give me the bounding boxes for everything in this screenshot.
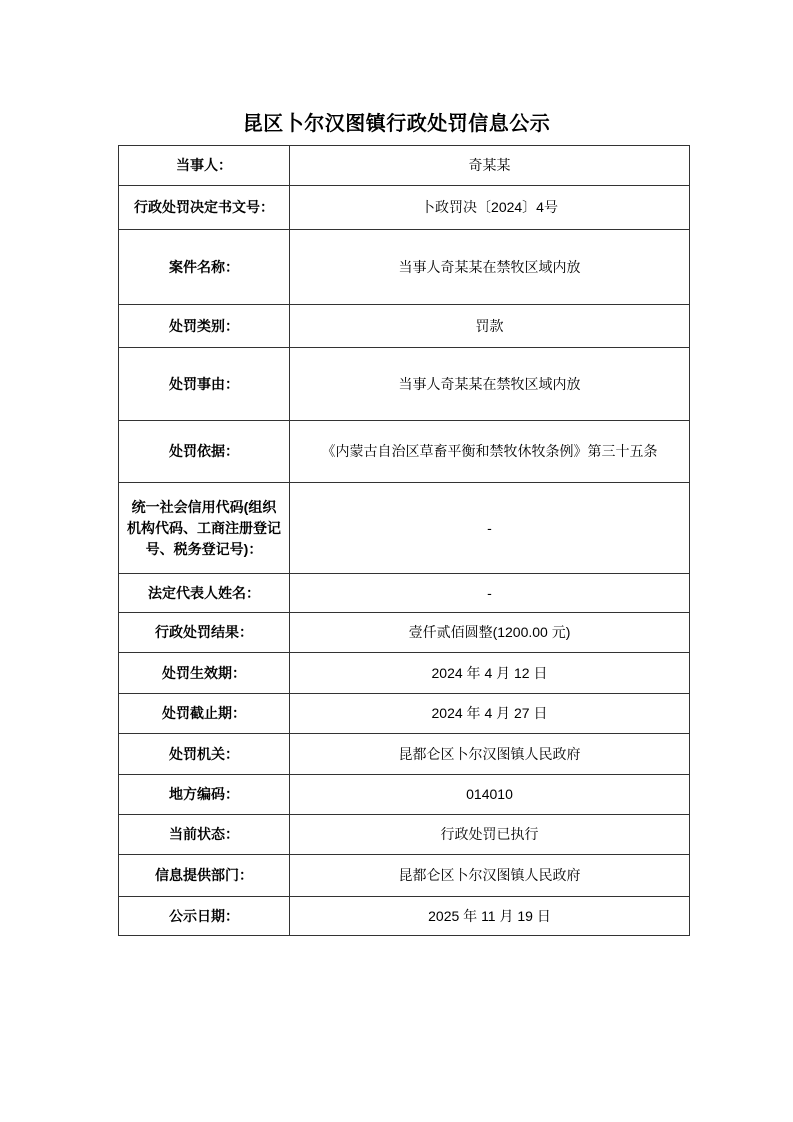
row-label: 处罚机关： xyxy=(119,734,290,775)
row-label: 地方编码： xyxy=(119,775,290,815)
row-label: 当事人： xyxy=(119,146,290,186)
row-label: 法定代表人姓名： xyxy=(119,574,290,613)
table-row-case-name: 案件名称： 当事人奇某某在禁牧区域内放 xyxy=(119,230,690,305)
table-row-penalty-result: 行政处罚结果： 壹仟贰佰圆整(1200.00 元) xyxy=(119,613,690,653)
table-row-penalty-reason: 处罚事由： 当事人奇某某在禁牧区域内放 xyxy=(119,348,690,421)
row-label: 处罚依据： xyxy=(119,421,290,483)
row-value: 2025 年 11 月 19 日 xyxy=(290,897,690,936)
row-label: 处罚类别： xyxy=(119,305,290,348)
row-value: - xyxy=(290,574,690,613)
table-row-credit-code: 统一社会信用代码(组织机构代码、工商注册登记号、税务登记号)： - xyxy=(119,483,690,574)
row-value: 卜政罚决〔2024〕4号 xyxy=(290,186,690,230)
table-row-current-status: 当前状态： 行政处罚已执行 xyxy=(119,815,690,855)
row-value: 行政处罚已执行 xyxy=(290,815,690,855)
table-row-publicity-date: 公示日期： 2025 年 11 月 19 日 xyxy=(119,897,690,936)
table-row-local-code: 地方编码： 014010 xyxy=(119,775,690,815)
row-label: 处罚事由： xyxy=(119,348,290,421)
row-label: 行政处罚结果： xyxy=(119,613,290,653)
row-label: 案件名称： xyxy=(119,230,290,305)
table-row-deadline-date: 处罚截止期： 2024 年 4 月 27 日 xyxy=(119,694,690,734)
row-value: 2024 年 4 月 27 日 xyxy=(290,694,690,734)
row-value: 当事人奇某某在禁牧区域内放 xyxy=(290,348,690,421)
row-value: 昆都仑区卜尔汉图镇人民政府 xyxy=(290,734,690,775)
row-value: 奇某某 xyxy=(290,146,690,186)
row-label: 行政处罚决定书文号： xyxy=(119,186,290,230)
penalty-info-table: 当事人： 奇某某 行政处罚决定书文号： 卜政罚决〔2024〕4号 案件名称： 当… xyxy=(118,145,690,936)
page-title: 昆区卜尔汉图镇行政处罚信息公示 xyxy=(0,109,793,139)
row-label: 处罚截止期： xyxy=(119,694,290,734)
table-row-legal-representative: 法定代表人姓名： - xyxy=(119,574,690,613)
document-page: 昆区卜尔汉图镇行政处罚信息公示 当事人： 奇某某 行政处罚决定书文号： 卜政罚决… xyxy=(0,0,793,1122)
row-value: 当事人奇某某在禁牧区域内放 xyxy=(290,230,690,305)
row-value: 014010 xyxy=(290,775,690,815)
row-value: 《内蒙古自治区草畜平衡和禁牧休牧条例》第三十五条 xyxy=(290,421,690,483)
row-label: 当前状态： xyxy=(119,815,290,855)
row-label: 信息提供部门： xyxy=(119,855,290,897)
table-row-effective-date: 处罚生效期： 2024 年 4 月 12 日 xyxy=(119,653,690,694)
row-value: 昆都仑区卜尔汉图镇人民政府 xyxy=(290,855,690,897)
row-label: 公示日期： xyxy=(119,897,290,936)
row-value: 罚款 xyxy=(290,305,690,348)
table-row-penalty-basis: 处罚依据： 《内蒙古自治区草畜平衡和禁牧休牧条例》第三十五条 xyxy=(119,421,690,483)
row-value: - xyxy=(290,483,690,574)
row-value: 壹仟贰佰圆整(1200.00 元) xyxy=(290,613,690,653)
row-label: 统一社会信用代码(组织机构代码、工商注册登记号、税务登记号)： xyxy=(119,483,290,574)
table-row-party: 当事人： 奇某某 xyxy=(119,146,690,186)
table-row-decision-number: 行政处罚决定书文号： 卜政罚决〔2024〕4号 xyxy=(119,186,690,230)
row-value: 2024 年 4 月 12 日 xyxy=(290,653,690,694)
table-row-penalty-category: 处罚类别： 罚款 xyxy=(119,305,690,348)
table-row-penalty-authority: 处罚机关： 昆都仑区卜尔汉图镇人民政府 xyxy=(119,734,690,775)
row-label: 处罚生效期： xyxy=(119,653,290,694)
table-row-providing-department: 信息提供部门： 昆都仑区卜尔汉图镇人民政府 xyxy=(119,855,690,897)
